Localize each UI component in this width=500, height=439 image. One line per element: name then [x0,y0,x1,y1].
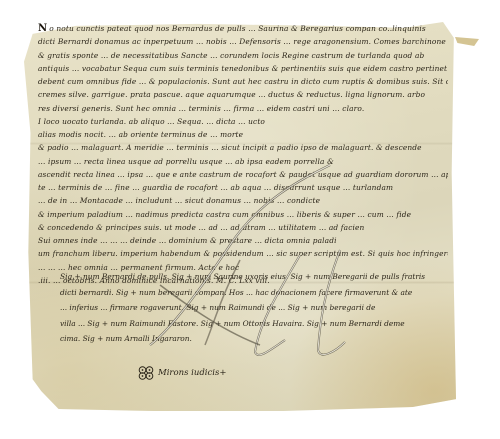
text-line: & concedendo & principes suis. ut mode .… [38,220,448,234]
text-line: & padio ... malaguart. A meridie ... ter… [38,141,448,155]
notary-subscription: Mirons iudicis+ [138,366,226,380]
signature-line: dicti bernardi. Sig + num beregarii comp… [60,285,440,301]
text-line: antiquis ... vocabatur Sequa cum suis te… [38,61,448,75]
text-line: ascendit recta linea ... ipsa ... que e … [38,167,448,181]
text-line: & gratis sponte ... de necessitatibus Sa… [38,48,448,62]
text-line: um franchum liberu. imperium habendum & … [38,247,448,261]
notary-sign-icon [138,366,154,380]
text-line: alias modis nocit. ... ab oriente termin… [38,128,448,142]
text-line: te ... terminis de ... fine ... guardia … [38,181,448,195]
text-line: dicti Bernardi donamus ac inperpetuum ..… [38,35,448,49]
text-line: cremes silve. garrigue. prata pascue. aq… [38,88,448,102]
charter-body: No notu cunctis pateat quod nos Bernardu… [38,22,448,287]
signature-line: ... inferius ... firmare rogaverunt. Sig… [60,300,440,316]
signature-line: villa ... Sig + num Raimundi Fastore. Si… [60,316,440,332]
text-line: res diversi generis. Sunt hec omnia ... … [38,101,448,115]
text-line: No notu cunctis pateat quod nos Bernardu… [38,22,448,36]
text-line: debent cum omnibus fide ... & populacion… [38,75,448,89]
text-line: I loco uocato turlanda. ab aliquo ... Se… [38,114,448,128]
text-line: & imperium paladium ... nadimus predicta… [38,207,448,221]
signatures-block: Sig + num Bernardi de pulls. Sig + num S… [60,269,440,347]
notary-name: Mirons iudicis+ [158,368,226,378]
signature-line: cima. Sig + num Arnalli Ingararon. [60,331,440,347]
text-line: ... ipsum ... recta linea usque ad porre… [38,154,448,168]
signature-line: Sig + num Bernardi de pulls. Sig + num S… [60,269,440,285]
decorated-initial: N [38,22,47,36]
text-line: Sui omnes inde ... ... ... deinde ... do… [38,234,448,248]
torn-parchment-flap [455,36,479,46]
text-line: ... de in ... Montacade ... includunt ..… [38,194,448,208]
